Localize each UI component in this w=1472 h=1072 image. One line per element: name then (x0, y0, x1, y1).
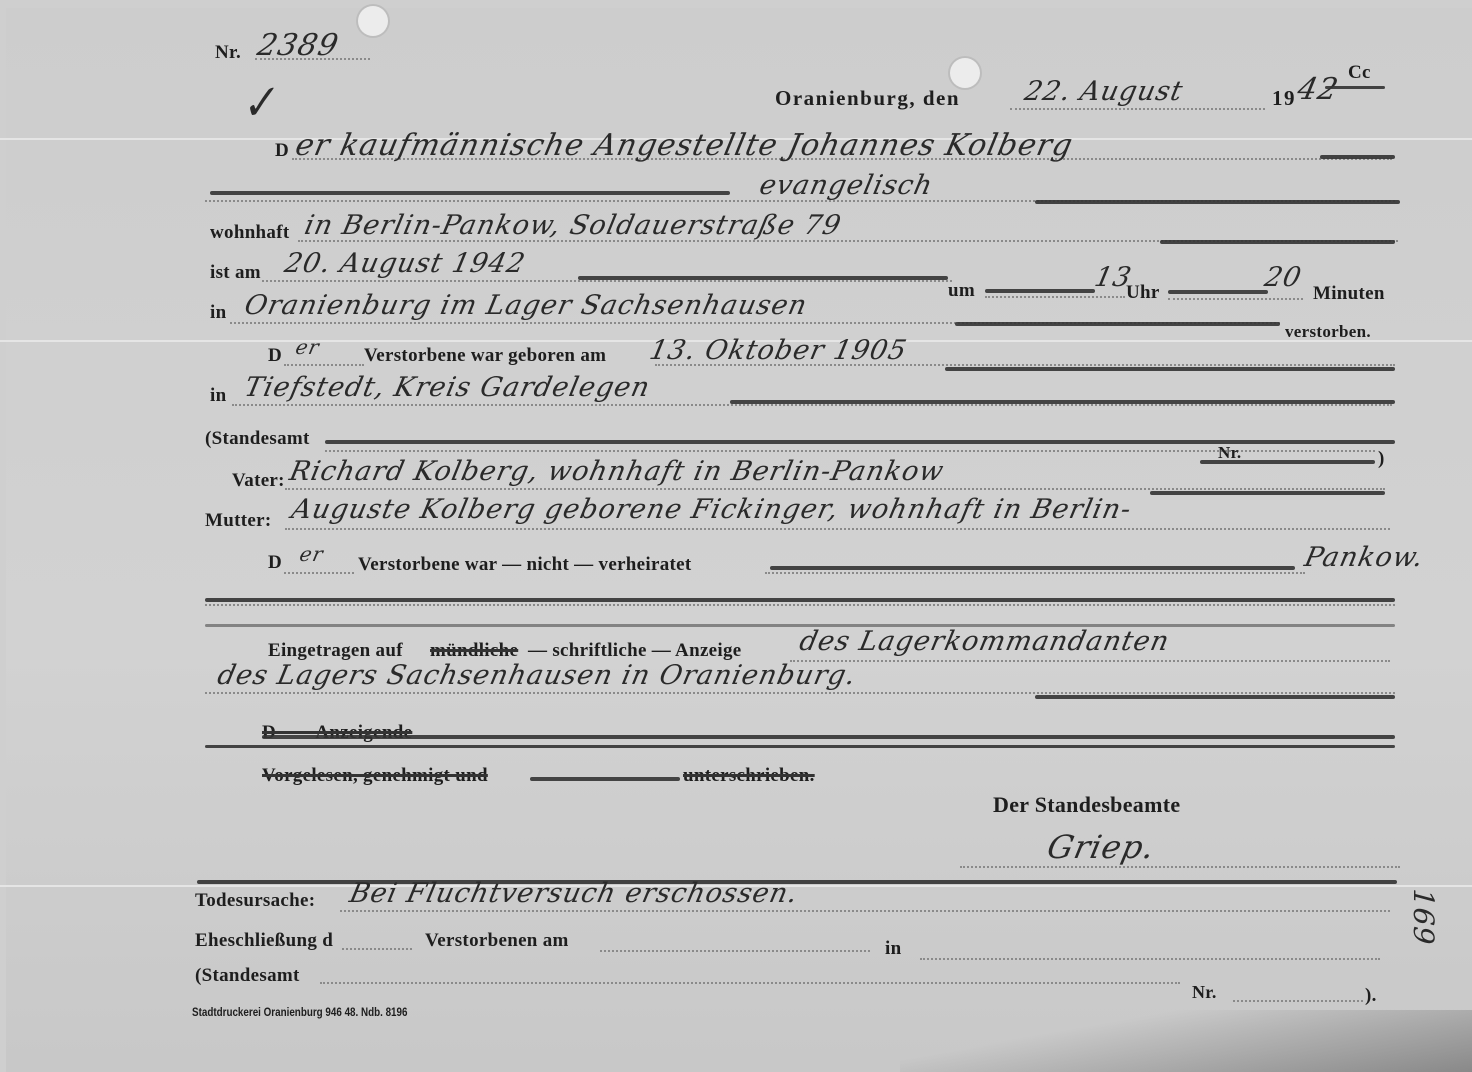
married-prefix: D (268, 552, 282, 574)
minute-value: 20 (1262, 262, 1305, 293)
death-date-label: ist am (210, 262, 261, 284)
death-date-value: 20. August 1942 (282, 248, 529, 279)
death-place-value: Oranienburg im Lager Sachsenhausen (242, 290, 811, 321)
official-signature: Griep. (1044, 828, 1159, 866)
minute-label: Minuten (1313, 283, 1385, 305)
married-label: Verstorbene war — nicht — verheiratet (358, 554, 692, 576)
registered-value-2: des Lagers Sachsenhausen in Oranienburg. (215, 660, 860, 691)
religion-value: evangelisch (757, 170, 936, 201)
punch-hole (950, 58, 980, 88)
born-article: er (293, 335, 322, 359)
registered-label-b: — schriftliche — Anzeige (528, 640, 742, 662)
printer-footer: Stadtdruckerei Oranienburg 946 48. Ndb. … (192, 1005, 407, 1019)
marriage-nr-label: Nr. (1192, 982, 1217, 1003)
cause-value: Bei Fluchtversuch erschossen. (347, 878, 801, 909)
born-label: Verstorbene war geboren am (364, 345, 606, 367)
official-label: Der Standesbeamte (993, 792, 1180, 818)
died-label: verstorben. (1285, 322, 1371, 342)
read-struck-b: unterschrieben. (683, 765, 815, 787)
residence-value: in Berlin-Pankow, Soldauerstraße 79 (302, 210, 845, 241)
year-prefix: 19 (1272, 86, 1296, 111)
registry-close: ) (1378, 448, 1385, 470)
marriage-registry-label: (Standesamt (195, 965, 300, 987)
mother-value-cont: Pankow. (1302, 542, 1427, 573)
mother-label: Mutter: (205, 510, 271, 532)
registered-label-a: Eingetragen auf (268, 640, 403, 662)
father-label: Vater: (232, 470, 285, 492)
time-um-label: um (948, 280, 975, 302)
deceased-prefix: D (275, 140, 289, 162)
marriage-in-label: in (885, 938, 901, 960)
registry-label: (Standesamt (205, 428, 310, 450)
marriage-label-a: Eheschließung d (195, 930, 333, 952)
checkmark-icon: ✓ (236, 75, 282, 132)
father-value: Richard Kolberg, wohnhaft in Berlin-Pank… (287, 456, 947, 487)
page-edge-shadow (900, 1010, 1472, 1072)
married-article: er (297, 542, 326, 566)
marriage-label-b: Verstorbenen am (425, 930, 569, 952)
death-place-label: in (210, 302, 226, 324)
deceased-value: er kaufmännische Angestellte Johannes Ko… (292, 128, 1076, 163)
born-value: 13. Oktober 1905 (647, 335, 910, 366)
hour-label: Uhr (1126, 282, 1160, 304)
mother-value: Auguste Kolberg geborene Fickinger, wohn… (289, 494, 1135, 525)
death-register-card: Nr. 2389 ✓ Oranienburg, den 22. August 1… (0, 0, 1472, 1072)
registered-value-1: des Lagerkommandanten (797, 626, 1173, 657)
date-value: 22. August (1022, 76, 1186, 107)
registered-struck: mündliche (430, 640, 518, 662)
punch-hole (358, 6, 388, 36)
place-date-label: Oranienburg, den (775, 86, 960, 111)
birthplace-value: Tiefstedt, Kreis Gardelegen (242, 372, 653, 403)
corner-code: Cc (1348, 62, 1371, 84)
marriage-close: ). (1365, 985, 1377, 1007)
read-struck-a: Vorgelesen, genehmigt und (262, 765, 488, 787)
cause-label: Todesursache: (195, 890, 315, 912)
side-number: 169 (1407, 888, 1440, 947)
year-suffix: 42 (1294, 72, 1342, 107)
nr-label: Nr. (215, 42, 241, 64)
informant-struck: D Anzeigende (262, 722, 412, 744)
residence-label: wohnhaft (210, 222, 289, 244)
birthplace-label: in (210, 385, 226, 407)
born-prefix: D (268, 345, 282, 367)
